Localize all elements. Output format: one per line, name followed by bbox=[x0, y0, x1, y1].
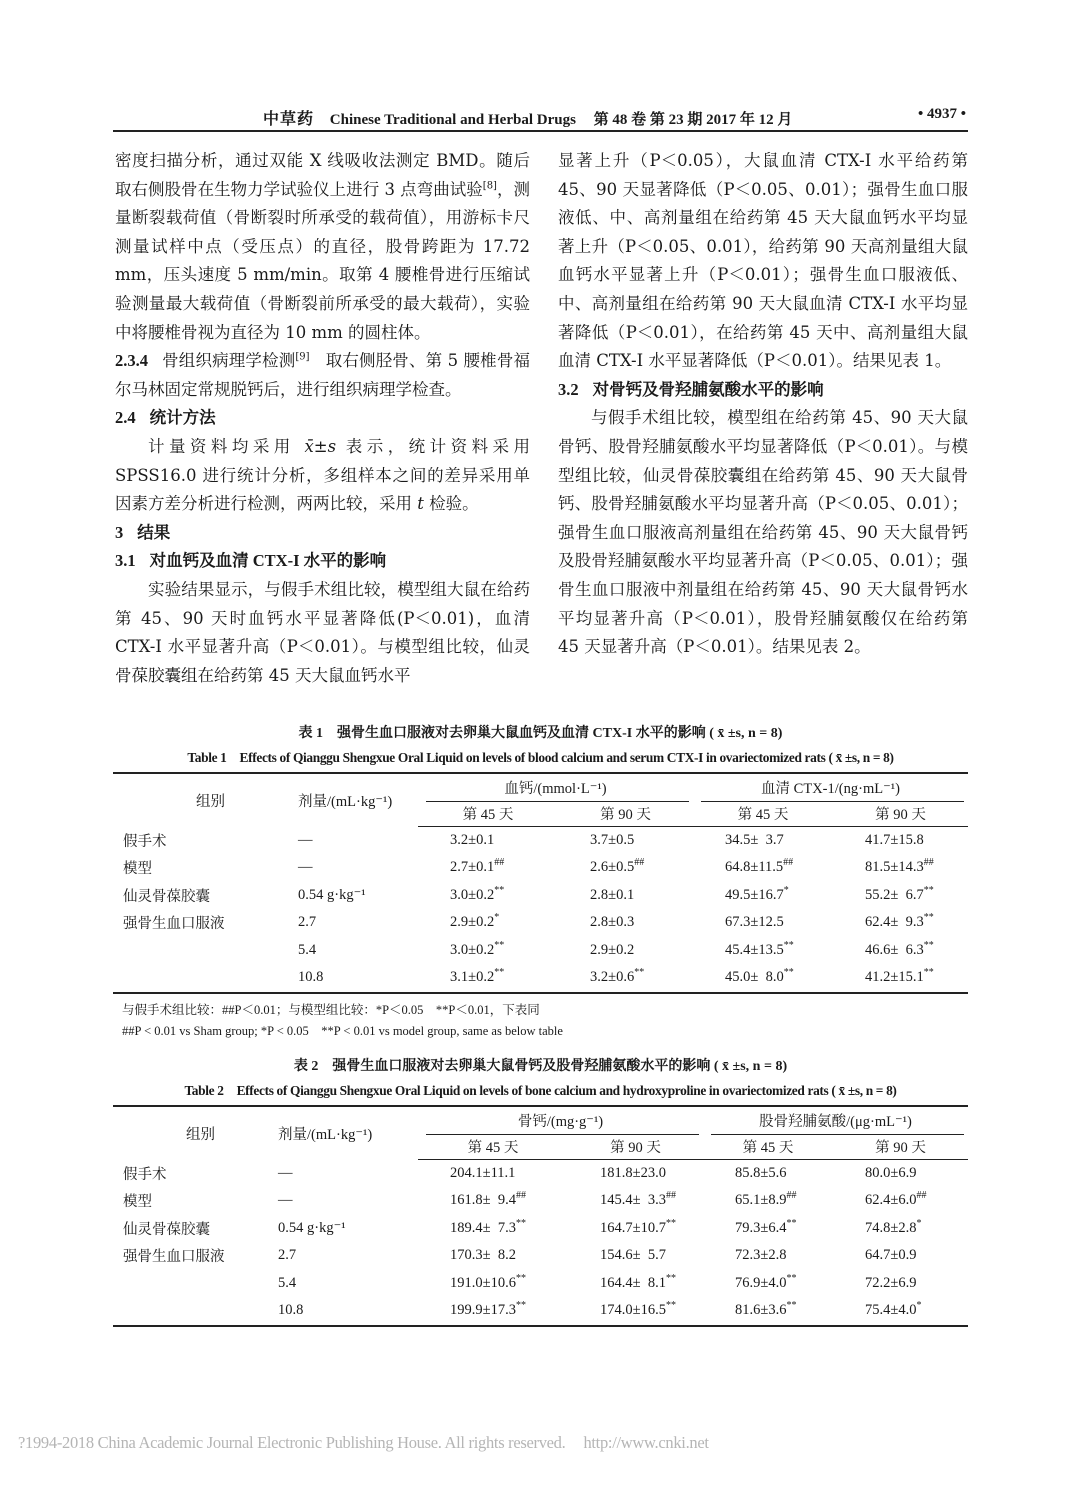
section-number: 2.3.4 bbox=[115, 351, 148, 370]
table1-note-cn: 与假手术组比较：##P＜0.01；与模型组比较：*P＜0.05 **P＜0.01… bbox=[122, 1000, 563, 1021]
journal-issue: 第 48 卷 第 23 期 2017 年 12 月 bbox=[594, 112, 793, 128]
cell-value: 62.4± 9.3** bbox=[833, 909, 968, 937]
col-header-day45: 第 45 天 bbox=[418, 802, 558, 827]
cell-value: 81.5±14.3## bbox=[833, 854, 968, 882]
col-header-day90: 第 90 天 bbox=[558, 802, 693, 827]
table2-caption-cn: 表 2 强骨生血口服液对去卵巢大鼠骨钙及股骨羟脯氨酸水平的影响 ( x̄ ±s,… bbox=[113, 1055, 968, 1075]
col-header-hydroxyproline: 股骨羟脯氨酸/(μg·mL⁻¹) bbox=[703, 1106, 968, 1135]
cell-value: 2.8±0.3 bbox=[558, 909, 693, 937]
section-heading-3-2: 3.2对骨钙及骨羟脯氨酸水平的影响 bbox=[558, 376, 968, 405]
cell-dose: — bbox=[298, 826, 418, 854]
section-title: 骨组织病理学检测 bbox=[162, 351, 295, 370]
cell-value: 189.4± 7.3** bbox=[418, 1215, 568, 1243]
cell-value: 2.6±0.5## bbox=[558, 854, 693, 882]
cell-value: 49.5±16.7* bbox=[693, 882, 833, 910]
cell-value: 45.0± 8.0** bbox=[693, 964, 833, 993]
journal-logo: 中草药 bbox=[263, 111, 314, 128]
section-number: 3.1 bbox=[115, 551, 136, 570]
cell-dose: 5.4 bbox=[298, 937, 418, 965]
cell-value: 3.1±0.2** bbox=[418, 964, 558, 993]
cell-group: 强骨生血口服液 bbox=[113, 1242, 278, 1270]
cell-value: 164.4± 8.1** bbox=[568, 1270, 703, 1298]
col-header-dose: 剂量/(mL·kg⁻¹) bbox=[298, 773, 418, 826]
table-row: 5.43.0±0.2**2.9±0.245.4±13.5**46.6± 6.3*… bbox=[113, 937, 968, 965]
cell-group bbox=[113, 1297, 278, 1326]
right-column: 显著上升（P＜0.05），大鼠血清 CTX-I 水平给药第 45、90 天显著降… bbox=[558, 147, 968, 662]
cell-value: 181.8±23.0 bbox=[568, 1159, 703, 1187]
cell-dose: 2.7 bbox=[278, 1242, 418, 1270]
copyright-footer: ?1994-2018 China Academic Journal Electr… bbox=[18, 1433, 709, 1453]
table1-note-en: ##P < 0.01 vs Sham group; *P < 0.05 **P … bbox=[122, 1021, 563, 1042]
cell-dose: 5.4 bbox=[278, 1270, 418, 1298]
cell-value: 3.2±0.1 bbox=[418, 826, 558, 854]
col-header-day90: 第 90 天 bbox=[833, 1135, 968, 1160]
table-row: 强骨生血口服液2.72.9±0.2*2.8±0.367.3±12.562.4± … bbox=[113, 909, 968, 937]
cell-dose: 10.8 bbox=[298, 964, 418, 993]
section-heading-3-1: 3.1对血钙及血清 CTX-I 水平的影响 bbox=[115, 547, 530, 576]
cell-value: 191.0±10.6** bbox=[418, 1270, 568, 1298]
page-number: • 4937 • bbox=[918, 106, 966, 123]
cell-group: 模型 bbox=[113, 1187, 278, 1215]
cell-value: 62.4±6.0## bbox=[833, 1187, 968, 1215]
section-heading-3: 3结果 bbox=[115, 519, 530, 548]
cell-value: 164.7±10.7** bbox=[568, 1215, 703, 1243]
cell-value: 72.3±2.8 bbox=[703, 1242, 833, 1270]
cnki-link[interactable]: http://www.cnki.net bbox=[583, 1433, 708, 1452]
table-row: 假手术—3.2±0.13.7±0.534.5± 3.741.7±15.8 bbox=[113, 826, 968, 854]
cell-value: 2.9±0.2* bbox=[418, 909, 558, 937]
cell-value: 145.4± 3.3## bbox=[568, 1187, 703, 1215]
cell-value: 2.8±0.1 bbox=[558, 882, 693, 910]
cell-group: 仙灵骨葆胶囊 bbox=[113, 1215, 278, 1243]
col-header-ctx: 血清 CTX-1/(ng·mL⁻¹) bbox=[693, 773, 968, 802]
col-header-blood-calcium: 血钙/(mmol·L⁻¹) bbox=[418, 773, 693, 802]
cell-value: 80.0±6.9 bbox=[833, 1159, 968, 1187]
cell-value: 65.1±8.9## bbox=[703, 1187, 833, 1215]
cell-value: 64.8±11.5## bbox=[693, 854, 833, 882]
table2: 组别 剂量/(mL·kg⁻¹) 骨钙/(mg·g⁻¹) 股骨羟脯氨酸/(μg·m… bbox=[113, 1105, 968, 1327]
paragraph-3-1: 实验结果显示，与假手术组比较，模型组大鼠在给药第 45、90 天时血钙水平显著降… bbox=[115, 576, 530, 690]
cell-value: 199.9±17.3** bbox=[418, 1297, 568, 1326]
cell-group bbox=[113, 1270, 278, 1298]
cell-dose: 10.8 bbox=[278, 1297, 418, 1326]
col-header-group: 组别 bbox=[113, 1106, 278, 1159]
citation[interactable]: [8] bbox=[483, 180, 497, 191]
table2-caption-en: Table 2 Effects of Qianggu Shengxue Oral… bbox=[113, 1080, 968, 1099]
cell-value: 75.4±4.0* bbox=[833, 1297, 968, 1326]
cell-value: 67.3±12.5 bbox=[693, 909, 833, 937]
text: 检验。 bbox=[424, 494, 479, 513]
cell-value: 204.1±11.1 bbox=[418, 1159, 568, 1187]
cell-dose: — bbox=[278, 1187, 418, 1215]
col-header-day45: 第 45 天 bbox=[703, 1135, 833, 1160]
table-row: 模型—2.7±0.1##2.6±0.5##64.8±11.5##81.5±14.… bbox=[113, 854, 968, 882]
citation[interactable]: [9] bbox=[295, 352, 309, 363]
col-header-day45: 第 45 天 bbox=[418, 1135, 568, 1160]
table-row: 10.83.1±0.2**3.2±0.6**45.0± 8.0**41.2±15… bbox=[113, 964, 968, 993]
running-header: 中草药 Chinese Traditional and Herbal Drugs… bbox=[113, 104, 968, 132]
cell-value: 76.9±4.0** bbox=[703, 1270, 833, 1298]
cell-dose: — bbox=[298, 854, 418, 882]
col-header-day45: 第 45 天 bbox=[693, 802, 833, 827]
cell-value: 64.7±0.9 bbox=[833, 1242, 968, 1270]
col-header-day90: 第 90 天 bbox=[568, 1135, 703, 1160]
table1-caption-cn: 表 1 强骨生血口服液对去卵巢大鼠血钙及血清 CTX-I 水平的影响 ( x̄ … bbox=[113, 722, 968, 742]
section-heading-2-4: 2.4统计方法 bbox=[115, 404, 530, 433]
paragraph-stats: 计量资料均采用 x̄±s 表示，统计资料采用 SPSS16.0 进行统计分析，多… bbox=[115, 433, 530, 519]
cell-value: 41.2±15.1** bbox=[833, 964, 968, 993]
left-column: 密度扫描分析，通过双能 X 线吸收法测定 BMD。随后取右侧股骨在生物力学试验仪… bbox=[115, 147, 530, 690]
cell-value: 45.4±13.5** bbox=[693, 937, 833, 965]
cell-value: 85.8±5.6 bbox=[703, 1159, 833, 1187]
cell-group bbox=[113, 964, 298, 993]
section-title: 对骨钙及骨羟脯氨酸水平的影响 bbox=[593, 380, 824, 399]
section-2-3-4: 2.3.4骨组织病理学检测[9] 取右侧胫骨、第 5 腰椎骨福尔马林固定常规脱钙… bbox=[115, 347, 530, 404]
cell-value: 41.7±15.8 bbox=[833, 826, 968, 854]
table1: 组别 剂量/(mL·kg⁻¹) 血钙/(mmol·L⁻¹) 血清 CTX-1/(… bbox=[113, 772, 968, 994]
cell-value: 3.2±0.6** bbox=[558, 964, 693, 993]
section-title: 结果 bbox=[137, 523, 170, 542]
cell-value: 3.0±0.2** bbox=[418, 937, 558, 965]
cell-value: 79.3±6.4** bbox=[703, 1215, 833, 1243]
table-row: 强骨生血口服液2.7170.3± 8.2154.6± 5.772.3±2.864… bbox=[113, 1242, 968, 1270]
text: ，测量断裂载荷值（骨断裂时所承受的载荷值），用游标卡尺测量试样中点（受压点）的直… bbox=[115, 180, 530, 342]
section-number: 3.2 bbox=[558, 380, 579, 399]
table-row: 5.4191.0±10.6**164.4± 8.1**76.9±4.0**72.… bbox=[113, 1270, 968, 1298]
text: 计量资料均采用 bbox=[148, 437, 304, 456]
cell-group: 假手术 bbox=[113, 826, 298, 854]
cell-value: 3.0±0.2** bbox=[418, 882, 558, 910]
cell-value: 174.0±16.5** bbox=[568, 1297, 703, 1326]
section-number: 2.4 bbox=[115, 408, 136, 427]
cell-group: 强骨生血口服液 bbox=[113, 909, 298, 937]
col-header-dose: 剂量/(mL·kg⁻¹) bbox=[278, 1106, 418, 1159]
cell-value: 72.2±6.9 bbox=[833, 1270, 968, 1298]
col-header-group: 组别 bbox=[113, 773, 298, 826]
journal-name: Chinese Traditional and Herbal Drugs bbox=[330, 112, 576, 128]
paragraph-3-2: 与假手术组比较，模型组在给药第 45、90 天大鼠骨钙、股骨羟脯氨酸水平均显著降… bbox=[558, 404, 968, 661]
col-header-day90: 第 90 天 bbox=[833, 802, 968, 827]
section-number: 3 bbox=[115, 523, 123, 542]
section-title: 对血钙及血清 CTX-I 水平的影响 bbox=[150, 551, 387, 570]
copyright-text: ?1994-2018 China Academic Journal Electr… bbox=[18, 1433, 565, 1452]
table1-caption-en: Table 1 Effects of Qianggu Shengxue Oral… bbox=[113, 747, 968, 766]
cell-value: 170.3± 8.2 bbox=[418, 1242, 568, 1270]
cell-value: 161.8± 9.4## bbox=[418, 1187, 568, 1215]
table-row: 仙灵骨葆胶囊0.54 g·kg⁻¹189.4± 7.3**164.7±10.7*… bbox=[113, 1215, 968, 1243]
journal-info: 中草药 Chinese Traditional and Herbal Drugs… bbox=[263, 106, 792, 129]
table-row: 10.8199.9±17.3**174.0±16.5**81.6±3.6**75… bbox=[113, 1297, 968, 1326]
paragraph-bmd: 密度扫描分析，通过双能 X 线吸收法测定 BMD。随后取右侧股骨在生物力学试验仪… bbox=[115, 147, 530, 347]
cell-value: 46.6± 6.3** bbox=[833, 937, 968, 965]
cell-dose: — bbox=[278, 1159, 418, 1187]
text: 密度扫描分析，通过双能 X 线吸收法测定 BMD。随后取右侧股骨在生物力学试验仪… bbox=[115, 151, 530, 199]
math-stat: x̄±s bbox=[304, 437, 336, 456]
cell-dose: 0.54 g·kg⁻¹ bbox=[298, 882, 418, 910]
cell-group bbox=[113, 937, 298, 965]
cell-dose: 0.54 g·kg⁻¹ bbox=[278, 1215, 418, 1243]
cell-value: 55.2± 6.7** bbox=[833, 882, 968, 910]
cell-value: 74.8±2.8* bbox=[833, 1215, 968, 1243]
table-row: 模型—161.8± 9.4##145.4± 3.3##65.1±8.9##62.… bbox=[113, 1187, 968, 1215]
cell-dose: 2.7 bbox=[298, 909, 418, 937]
table1-notes: 与假手术组比较：##P＜0.01；与模型组比较：*P＜0.05 **P＜0.01… bbox=[122, 1000, 563, 1042]
cell-value: 3.7±0.5 bbox=[558, 826, 693, 854]
cell-value: 2.9±0.2 bbox=[558, 937, 693, 965]
cell-value: 154.6± 5.7 bbox=[568, 1242, 703, 1270]
col-header-bone-calcium: 骨钙/(mg·g⁻¹) bbox=[418, 1106, 703, 1135]
cell-group: 假手术 bbox=[113, 1159, 278, 1187]
paragraph-3-1-cont: 显著上升（P＜0.05），大鼠血清 CTX-I 水平给药第 45、90 天显著降… bbox=[558, 147, 968, 376]
table-row: 假手术—204.1±11.1181.8±23.085.8±5.680.0±6.9 bbox=[113, 1159, 968, 1187]
table-row: 仙灵骨葆胶囊0.54 g·kg⁻¹3.0±0.2**2.8±0.149.5±16… bbox=[113, 882, 968, 910]
cell-value: 81.6±3.6** bbox=[703, 1297, 833, 1326]
section-title: 统计方法 bbox=[150, 408, 216, 427]
cell-group: 仙灵骨葆胶囊 bbox=[113, 882, 298, 910]
cell-group: 模型 bbox=[113, 854, 298, 882]
cell-value: 2.7±0.1## bbox=[418, 854, 558, 882]
math-t: t bbox=[417, 494, 424, 513]
cell-value: 34.5± 3.7 bbox=[693, 826, 833, 854]
